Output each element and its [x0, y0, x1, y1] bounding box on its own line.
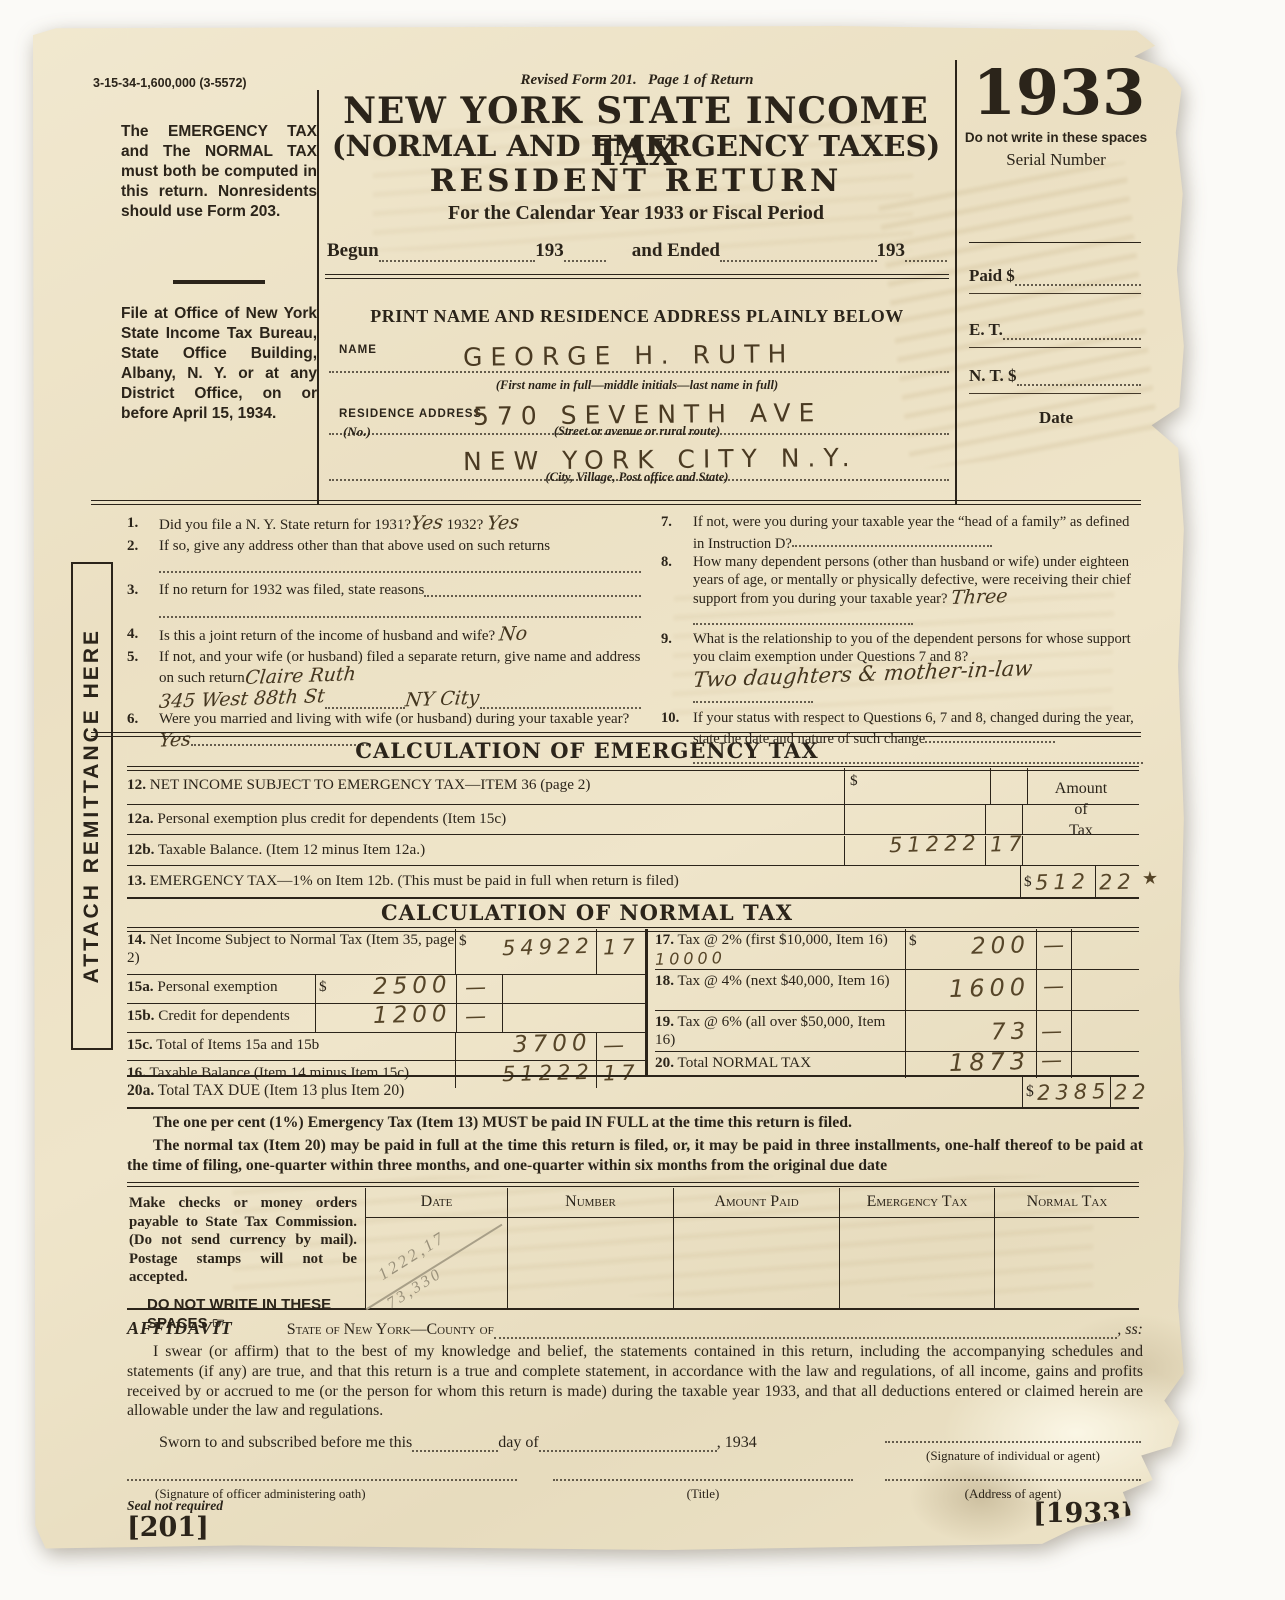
dollar-sign: $: [850, 772, 858, 789]
row-label: Credit for dependents: [158, 1007, 290, 1024]
row-label-cell: 19. Tax @ 6% (all over $50,000, Item 16): [655, 1011, 905, 1051]
year-footer: [1933]: [1033, 1498, 1134, 1529]
question-text: How many dependent persons (other than h…: [693, 554, 1131, 607]
cents-cell: —: [456, 975, 502, 1003]
cents-cell: —: [1036, 970, 1071, 1010]
filler-cell: [502, 975, 645, 1003]
ss-label: , ss:: [1117, 1321, 1143, 1339]
row-15a: 15a. Personal exemption $2500 —: [127, 975, 645, 1004]
cents-handwritten: 17: [603, 935, 640, 960]
question-text: If not, and your wife (or husband) filed…: [159, 649, 641, 687]
note-handwritten: 10000: [655, 948, 726, 969]
row-number: 18.: [655, 972, 674, 989]
cents-cell: —: [1036, 1011, 1071, 1051]
filler-cell: [1071, 1011, 1139, 1051]
cents-handwritten: —: [1043, 974, 1070, 999]
amount-handwritten: 51222: [889, 831, 981, 857]
print-order-imprint: 3-15-34-1,600,000 (3-5572): [93, 76, 247, 90]
amount-of-tax-header: Amount of Tax: [1023, 778, 1139, 841]
serial-number-label: Serial Number: [963, 150, 1149, 170]
dollar-sign: $: [1023, 1083, 1037, 1101]
row-label-cell: 12b. Taxable Balance. (Item 12 minus Ite…: [127, 836, 844, 865]
row-label: Tax @ 6% (all over $50,000, Item 16): [655, 1013, 885, 1048]
form-subtitle-resident: RESIDENT RETURN: [321, 163, 951, 199]
question-2-blank: [127, 557, 641, 580]
row-12: 12. NET INCOME SUBJECT TO EMERGENCY TAX—…: [127, 768, 1139, 805]
question-3: 3. If no return for 1932 was filed, stat…: [127, 581, 641, 601]
row-label: Total TAX DUE (Item 13 plus Item 20): [158, 1082, 404, 1099]
question-8: 8. How many dependent persons (other tha…: [661, 554, 1143, 630]
row-label: NET INCOME SUBJECT TO EMERGENCY TAX—ITEM…: [150, 776, 591, 793]
agent-signature-block: (Signature of individual or agent): [885, 1426, 1141, 1464]
question-number: 5.: [127, 648, 159, 689]
form-number-footer: [201]: [127, 1512, 209, 1543]
cents-handwritten: —: [465, 1004, 492, 1029]
paper-background: 3-15-34-1,600,000 (3-5572) The EMERGENCY…: [33, 26, 1185, 1550]
row-label-cell: 15c. Total of Items 15a and 15b: [127, 1033, 455, 1060]
divider: [955, 60, 957, 504]
cents-handwritten: 22: [1099, 869, 1136, 894]
normal-tax-title: CALCULATION OF NORMAL TAX: [127, 900, 1047, 925]
row-label: Tax @ 2% (first $10,000, Item 16): [678, 931, 888, 948]
name-caption: (First name in full—middle initials—last…: [325, 378, 949, 393]
amount-handwritten: 1873: [949, 1047, 1031, 1077]
revised-form-label: Revised Form 201.: [521, 72, 637, 88]
et-label: E. T.: [969, 320, 1003, 340]
emergency-tax-title: CALCULATION OF EMERGENCY TAX: [127, 738, 1047, 763]
scanned-tax-form-page: { "doc": { "imprint": "3-15-34-1,600,000…: [0, 0, 1285, 1600]
section-rule: [91, 500, 1141, 505]
question-number: 7.: [661, 514, 693, 553]
payment-instructions: Make checks or money orders payable to S…: [129, 1194, 357, 1287]
agent-signature-caption: (Signature of individual or agent): [885, 1448, 1141, 1464]
answer-handwritten: No: [498, 624, 528, 645]
title-line: [553, 1464, 853, 1481]
officer-signature-block: (Signature of officer administering oath…: [127, 1464, 517, 1502]
amount-handwritten: 200: [971, 932, 1031, 960]
date-entry-cell: 1222,17 73,330: [365, 1218, 507, 1308]
normal-tax-entry-cell: [994, 1218, 1139, 1308]
tax-amount-cell: $ 2385 22: [1022, 1077, 1139, 1107]
dollar-sign: $: [1021, 873, 1035, 891]
name-line: [329, 356, 949, 373]
et-blank: [1003, 322, 1141, 340]
question-7: 7. If not, were you during your taxable …: [661, 514, 1143, 553]
question-text: 1932?: [447, 517, 484, 533]
address-caption: (Street or avenue or rural route): [325, 424, 949, 439]
amount-cell: 73: [905, 1011, 1036, 1051]
cents-handwritten: —: [603, 1033, 630, 1058]
emergency-tax-note: The EMERGENCY TAX and The NORMAL TAX mus…: [121, 122, 317, 222]
row-label-cell: 15b. Credit for dependents: [127, 1004, 315, 1032]
officer-signature-line: [127, 1464, 517, 1481]
divider: [173, 280, 265, 284]
row-18: 18. Tax @ 4% (next $40,000, Item 16) 160…: [655, 970, 1139, 1011]
month-blank: [539, 1435, 717, 1452]
cents-cell: 17: [985, 836, 1022, 865]
col-header-normal-tax: Normal Tax: [994, 1188, 1139, 1218]
question-4: 4. Is this a joint return of the income …: [127, 625, 641, 647]
amount-cell: $: [844, 768, 990, 804]
name-block-heading: PRINT NAME AND RESIDENCE ADDRESS PLAINLY…: [325, 306, 949, 327]
amount-cell: 3700: [455, 1033, 596, 1060]
answer-handwritten: NY City: [404, 688, 480, 710]
col-header-date: Date: [365, 1188, 507, 1218]
answer-handwritten: 345 West 88th St: [158, 687, 326, 712]
row-number: 20.: [655, 1054, 674, 1071]
row-label: Personal exemption: [157, 978, 277, 995]
title-block: (Title): [553, 1464, 853, 1502]
col-header-emergency-tax: Emergency Tax: [839, 1188, 994, 1218]
row-12b: 12b. Taxable Balance. (Item 12 minus Ite…: [127, 836, 1139, 866]
do-not-write-note: Do not write in these spaces: [963, 130, 1149, 145]
tax-year: 1933: [969, 56, 1149, 129]
cents-cell: —: [1036, 929, 1071, 969]
attach-remittance-label: ATTACH REMITTANCE HERE: [80, 628, 104, 983]
amount-cell: $200: [905, 929, 1036, 969]
col-header-amount-paid: Amount Paid: [673, 1188, 839, 1218]
question-number: 4.: [127, 625, 159, 647]
row-number: 20a.: [127, 1082, 154, 1099]
question-5-address-line: 345 West 88th St NY City: [127, 690, 641, 710]
dollar-sign: $: [459, 932, 467, 950]
amount-handwritten: 54922: [502, 934, 594, 960]
filler-cell: [1071, 929, 1139, 969]
col-header-number: Number: [507, 1188, 673, 1218]
fiscal-period-line: Begun 193 and Ended 193: [327, 240, 947, 262]
section-rule: [127, 1182, 1139, 1187]
page-note: Page 1 of Return: [648, 72, 753, 88]
year-1934: , 1934: [717, 1434, 757, 1452]
row-label-cell: 13. EMERGENCY TAX—1% on Item 12b. (This …: [127, 866, 1020, 897]
amount-handwritten: 1600: [949, 973, 1031, 1003]
affidavit-label: AFFIDAVIT: [127, 1318, 233, 1339]
row-label: Taxable Balance. (Item 12 minus Item 12a…: [158, 841, 425, 858]
row-13: 13. EMERGENCY TAX—1% on Item 12b. (This …: [127, 866, 1139, 899]
cents-cell: [990, 768, 1027, 804]
tax-amount-cell: $ 512 22 ★: [1020, 866, 1139, 897]
row-20a: 20a. Total TAX DUE (Item 13 plus Item 20…: [127, 1075, 1139, 1109]
row-label-cell: 15a. Personal exemption: [127, 975, 315, 1003]
filler-cell: [502, 1004, 645, 1032]
answer-handwritten: Yes: [486, 513, 520, 534]
amount-handwritten: 512: [1034, 869, 1090, 894]
cents-cell: 17: [596, 929, 645, 974]
star-annotation: ★: [1142, 868, 1164, 890]
question-number: 8.: [661, 554, 693, 630]
cents-cell: —: [596, 1033, 645, 1060]
row-17: 17. Tax @ 2% (first $10,000, Item 16) 10…: [655, 929, 1139, 970]
row-number: 14.: [127, 931, 146, 948]
amount-handwritten: 2385: [1036, 1079, 1110, 1105]
row-label-cell: 17. Tax @ 2% (first $10,000, Item 16) 10…: [655, 929, 905, 969]
questions-left-column: 1. Did you file a N. Y. State return for…: [127, 514, 641, 753]
cents-cell: —: [456, 1004, 502, 1032]
sworn-text: Sworn to and subscribed before me this: [159, 1434, 412, 1452]
serial-number-line: [969, 242, 1141, 243]
cents-handwritten: —: [1041, 1019, 1068, 1044]
cents-handwritten: —: [465, 975, 492, 1000]
row-label: Personal exemption plus credit for depen…: [157, 810, 506, 827]
name-label: NAME: [339, 344, 377, 356]
affidavit-body: I swear (or affirm) that to the best of …: [127, 1342, 1143, 1421]
row-label: Net Income Subject to Normal Tax (Item 3…: [127, 931, 454, 966]
row-15b: 15b. Credit for dependents 1200 —: [127, 1004, 645, 1033]
question-9: 9. What is the relationship to you of th…: [661, 631, 1143, 708]
row-label-cell: 18. Tax @ 4% (next $40,000, Item 16): [655, 970, 905, 1010]
ended-year-blank: [905, 242, 947, 262]
row-label-cell: 14. Net Income Subject to Normal Tax (It…: [127, 929, 455, 974]
installment-note: The normal tax (Item 20) may be paid in …: [127, 1136, 1143, 1176]
row-19: 19. Tax @ 6% (all over $50,000, Item 16)…: [655, 1011, 1139, 1052]
agent-address-line: [885, 1464, 1141, 1481]
divider: [317, 90, 319, 504]
dollar-sign: $: [319, 978, 327, 996]
row-number: 15b.: [127, 1007, 154, 1024]
amount-handwritten: 2500: [373, 972, 452, 1000]
row-label: Tax @ 4% (next $40,000, Item 16): [678, 972, 890, 989]
ended-year: 193: [877, 240, 906, 262]
amount-cell: 51222: [844, 836, 985, 865]
normal-tax-right: 17. Tax @ 2% (first $10,000, Item 16) 10…: [655, 929, 1139, 1078]
row-label-cell: 12a. Personal exemption plus credit for …: [127, 805, 844, 834]
amount-paid-entry-cell: [673, 1218, 839, 1308]
table-divider: [645, 929, 648, 1075]
filler-cell: [1071, 970, 1139, 1010]
amount-cell: [844, 805, 985, 834]
cents-handwritten: —: [1043, 933, 1070, 958]
county-blank: [494, 1322, 1117, 1339]
answer-handwritten: Three: [950, 588, 1008, 608]
row-label-cell: 20a. Total TAX DUE (Item 13 plus Item 20…: [127, 1077, 1022, 1107]
form-subtitle-taxes: (NORMAL AND EMERGENCY TAXES): [321, 129, 951, 163]
affidavit-heading: AFFIDAVIT State of New York—County of , …: [127, 1318, 1143, 1339]
question-text: Were you married and living with wife (o…: [159, 711, 629, 727]
cents-handwritten: 22: [1114, 1080, 1151, 1105]
begun-blank: [379, 242, 536, 262]
row-number: 17.: [655, 931, 674, 948]
attach-remittance-box: ATTACH REMITTANCE HERE: [71, 562, 113, 1050]
amount-cell: 1200: [315, 1004, 456, 1032]
emergency-tax-entry-cell: [839, 1218, 994, 1308]
agent-signature-line: [885, 1426, 1141, 1443]
question-number: 3.: [127, 581, 159, 601]
amount-cell: $2500: [315, 975, 456, 1003]
amount-cell: $54922: [455, 929, 596, 974]
question-number: 2.: [127, 537, 159, 557]
row-number: 12a.: [127, 810, 154, 827]
question-3-blank: [127, 601, 641, 624]
ended-blank: [720, 242, 877, 262]
payment-instructions-cell: Make checks or money orders payable to S…: [127, 1188, 365, 1308]
calendar-year-line: For the Calendar Year 1933 or Fiscal Per…: [321, 202, 951, 225]
begun-label: Begun: [327, 240, 379, 262]
day-of-label: day of: [498, 1434, 538, 1452]
question-number: 9.: [661, 631, 693, 708]
row-number: 12.: [127, 776, 146, 793]
paid-label: Paid $: [969, 266, 1015, 286]
question-text: If so, give any address other than that …: [159, 538, 550, 554]
city-caption: (City, Village, Post office and State): [325, 470, 949, 485]
title-caption: (Title): [553, 1486, 853, 1502]
day-blank: [412, 1435, 498, 1452]
amount-handwritten: 3700: [513, 1030, 592, 1058]
row-number: 15a.: [127, 978, 154, 995]
amount-handwritten: 1200: [373, 1001, 452, 1029]
question-text: Did you file a N. Y. State return for 19…: [159, 517, 411, 533]
ended-label: and Ended: [632, 240, 720, 262]
header-rule: [325, 274, 949, 279]
paid-field: Paid $: [969, 266, 1141, 294]
nt-label: N. T. $: [969, 366, 1017, 386]
question-5: 5. If not, and your wife (or husband) fi…: [127, 648, 641, 689]
begun-year-blank: [564, 242, 606, 262]
date-label: Date: [963, 408, 1149, 428]
row-14: 14. Net Income Subject to Normal Tax (It…: [127, 929, 645, 975]
emergency-tax-field: E. T.: [969, 320, 1141, 348]
normal-tax-left: 14. Net Income Subject to Normal Tax (It…: [127, 929, 645, 1088]
nt-blank: [1017, 368, 1141, 386]
row-12a: 12a. Personal exemption plus credit for …: [127, 805, 1139, 835]
row-number: 13.: [127, 872, 146, 889]
row-label: Total of Items 15a and 15b: [156, 1036, 319, 1053]
agent-address-block: (Address of agent): [885, 1464, 1141, 1502]
row-number: 12b.: [127, 841, 154, 858]
form-revision-note: Revised Form 201. Page 1 of Return: [325, 72, 949, 89]
number-entry-cell: [507, 1218, 673, 1308]
row-15c: 15c. Total of Items 15a and 15b 3700 —: [127, 1033, 645, 1061]
row-number: 19.: [655, 1013, 674, 1030]
paper-sheet: 3-15-34-1,600,000 (3-5572) The EMERGENCY…: [33, 26, 1185, 1550]
question-text: If no return for 1932 was filed, state r…: [159, 581, 424, 601]
dollar-sign: $: [909, 932, 917, 950]
cents-cell: [985, 805, 1022, 834]
answer-handwritten: Yes: [410, 513, 444, 534]
county-line: State of New York—County of: [287, 1321, 494, 1339]
amount-handwritten: 73: [990, 1018, 1030, 1045]
section-rule: [91, 732, 1141, 737]
row-label: Total NORMAL TAX: [678, 1054, 812, 1071]
sworn-line: Sworn to and subscribed before me this d…: [159, 1434, 859, 1452]
question-number: 1.: [127, 514, 159, 536]
emergency-payment-note: The one per cent (1%) Emergency Tax (Ite…: [153, 1114, 1143, 1132]
normal-tax-field: N. T. $: [969, 366, 1141, 394]
filing-office-note: File at Office of New York State Income …: [121, 304, 317, 424]
begun-year: 193: [535, 240, 564, 262]
paid-blank: [1015, 268, 1141, 286]
payment-record-table: Make checks or money orders payable to S…: [127, 1188, 1139, 1310]
question-1: 1. Did you file a N. Y. State return for…: [127, 514, 641, 536]
row-label: EMERGENCY TAX—1% on Item 12b. (This must…: [150, 872, 679, 889]
row-number: 15c.: [127, 1036, 153, 1053]
question-2: 2. If so, give any address other than th…: [127, 537, 641, 557]
row-label-cell: 12. NET INCOME SUBJECT TO EMERGENCY TAX—…: [127, 768, 844, 804]
question-text: Is this a joint return of the income of …: [159, 628, 495, 644]
cents-handwritten: —: [1041, 1048, 1068, 1073]
amount-cell: 1600: [905, 970, 1036, 1010]
